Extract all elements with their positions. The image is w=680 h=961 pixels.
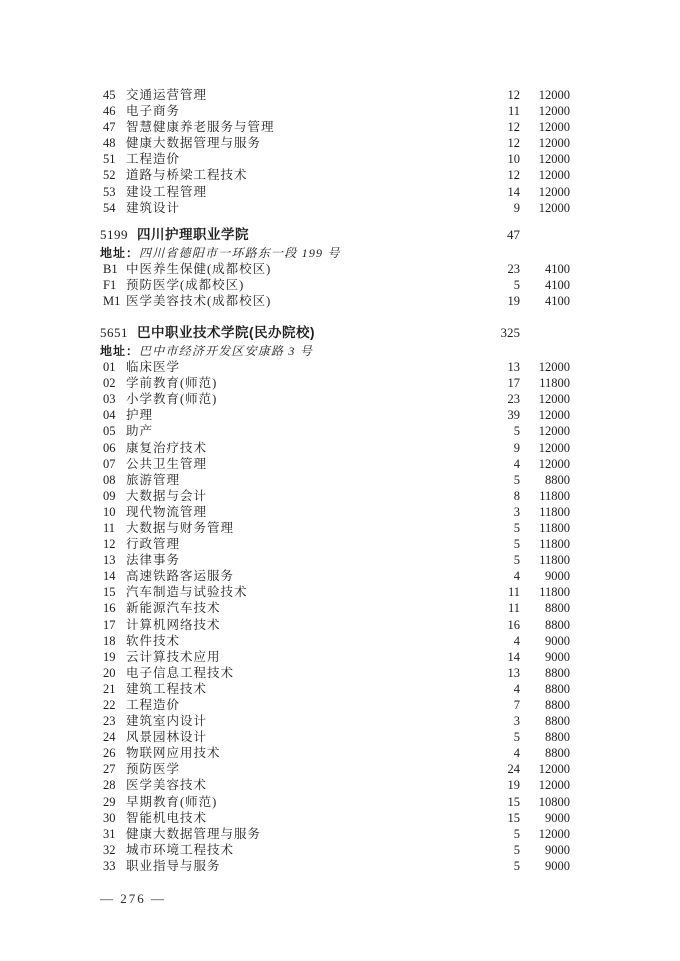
tuition-fee: 8800 [520,697,570,713]
plan-count: 15 [480,794,520,810]
tuition-fee: 12000 [520,135,570,151]
tuition-fee: 11800 [520,584,570,600]
tuition-fee: 11800 [520,520,570,536]
tuition-fee: 12000 [520,407,570,423]
major-code: 14 [100,568,120,584]
plan-count: 11 [480,584,520,600]
plan-count: 12 [480,135,520,151]
tuition-fee: 12000 [520,103,570,119]
major-code: 12 [100,536,120,552]
major-name: 大数据与财务管理 [126,520,480,536]
major-code: 47 [100,119,120,135]
fee-column-spacer [520,323,570,343]
tuition-fee: 9000 [520,842,570,858]
major-name: 高速铁路客运服务 [126,568,480,584]
tuition-fee: 11800 [520,552,570,568]
tuition-fee: 9000 [520,858,570,874]
plan-count: 7 [480,697,520,713]
plan-count: 12 [480,167,520,183]
major-row: 32城市环境工程技术59000 [100,842,570,858]
plan-count: 9 [480,200,520,216]
major-row: 29早期教育(师范)1510800 [100,794,570,810]
major-name: 汽车制造与试验技术 [126,584,480,600]
major-name: 康复治疗技术 [126,440,480,456]
major-row: 45交通运营管理1212000 [100,87,570,103]
plan-count: 23 [480,391,520,407]
tuition-fee: 12000 [520,761,570,777]
major-row: 53建设工程管理1412000 [100,184,570,200]
major-code: 32 [100,842,120,858]
plan-count: 5 [480,277,520,293]
major-name: 大数据与会计 [126,488,480,504]
major-code: 06 [100,440,120,456]
major-row: M1医学美容技术(成都校区)194100 [100,293,570,309]
tuition-fee: 11800 [520,504,570,520]
plan-count: 4 [480,745,520,761]
major-name: 旅游管理 [126,472,480,488]
major-row: 47智慧健康养老服务与管理1212000 [100,119,570,135]
institution-address: 地址：巴中市经济开发区安康路 3 号 [100,343,570,360]
major-name: 健康大数据管理与服务 [126,826,480,842]
major-name: 软件技术 [126,633,480,649]
major-code: 30 [100,810,120,826]
major-name: 智能机电技术 [126,810,480,826]
major-row: 19云计算技术应用149000 [100,649,570,665]
tuition-fee: 12000 [520,423,570,439]
major-code: 31 [100,826,120,842]
plan-count: 19 [480,293,520,309]
tuition-fee: 12000 [520,391,570,407]
tuition-fee: 9000 [520,633,570,649]
major-code: 51 [100,151,120,167]
major-row: 22工程造价78800 [100,697,570,713]
tuition-fee: 4100 [520,261,570,277]
major-row: 14高速铁路客运服务49000 [100,568,570,584]
institution-section: 5199四川护理职业学院47地址：四川省德阳市一环路东一段 199 号B1中医养… [100,225,570,310]
tuition-fee: 12000 [520,456,570,472]
major-row: 16新能源汽车技术118800 [100,600,570,616]
tuition-fee: 10800 [520,794,570,810]
major-row: 05助产512000 [100,423,570,439]
major-code: 09 [100,488,120,504]
major-code: 11 [100,520,120,536]
major-name: 建筑室内设计 [126,713,480,729]
institution-header: 5199四川护理职业学院47 [100,225,570,245]
plan-count: 8 [480,488,520,504]
major-code: 22 [100,697,120,713]
major-row: 26物联网应用技术48800 [100,745,570,761]
institution-name: 巴中职业技术学院(民办院校) [137,323,480,343]
major-row: 21建筑工程技术48800 [100,681,570,697]
tuition-fee: 12000 [520,119,570,135]
major-name: 电子信息工程技术 [126,665,480,681]
plan-count: 24 [480,761,520,777]
major-code: 23 [100,713,120,729]
major-name: 工程造价 [126,151,480,167]
address-text: 四川省德阳市一环路东一段 199 号 [139,245,341,262]
plan-count: 13 [480,359,520,375]
plan-count: 11 [480,103,520,119]
tuition-fee: 8800 [520,729,570,745]
plan-count: 12 [480,87,520,103]
major-code: M1 [100,293,120,309]
major-code: 02 [100,375,120,391]
major-name: 云计算技术应用 [126,649,480,665]
tuition-fee: 4100 [520,293,570,309]
tuition-fee: 11800 [520,375,570,391]
major-row: 51工程造价1012000 [100,151,570,167]
major-row: 02学前教育(师范)1711800 [100,375,570,391]
address-label: 地址： [100,343,139,360]
major-name: 计算机网络技术 [126,617,480,633]
major-name: 物联网应用技术 [126,745,480,761]
tuition-fee: 12000 [520,826,570,842]
major-name: 早期教育(师范) [126,794,480,810]
plan-count: 14 [480,649,520,665]
major-code: 21 [100,681,120,697]
plan-count: 9 [480,440,520,456]
major-row: 30智能机电技术159000 [100,810,570,826]
document-content: 45交通运营管理121200046电子商务111200047智慧健康养老服务与管… [100,87,570,874]
major-code: 24 [100,729,120,745]
tuition-fee: 12000 [520,359,570,375]
major-code: 03 [100,391,120,407]
plan-count: 5 [480,552,520,568]
major-name: 行政管理 [126,536,480,552]
major-name: 城市环境工程技术 [126,842,480,858]
plan-count: 5 [480,536,520,552]
major-row: 52道路与桥梁工程技术1212000 [100,167,570,183]
major-code: 01 [100,359,120,375]
major-name: 临床医学 [126,359,480,375]
major-code: 46 [100,103,120,119]
tuition-fee: 9000 [520,810,570,826]
major-row: 17计算机网络技术168800 [100,617,570,633]
tuition-fee: 12000 [520,200,570,216]
institution-plan-total: 325 [480,323,520,343]
plan-count: 4 [480,633,520,649]
major-row: 31健康大数据管理与服务512000 [100,826,570,842]
major-row: 33职业指导与服务59000 [100,858,570,874]
major-code: 53 [100,184,120,200]
major-name: 风景园林设计 [126,729,480,745]
institution-code: 5199 [100,225,128,245]
major-row: 08旅游管理58800 [100,472,570,488]
tuition-fee: 4100 [520,277,570,293]
major-code: 28 [100,777,120,793]
plan-count: 5 [480,520,520,536]
majors-section: 45交通运营管理121200046电子商务111200047智慧健康养老服务与管… [100,87,570,216]
major-row: 27预防医学2412000 [100,761,570,777]
major-name: 中医养生保健(成都校区) [126,261,480,277]
tuition-fee: 8800 [520,745,570,761]
major-name: 医学美容技术 [126,777,480,793]
major-row: 18软件技术49000 [100,633,570,649]
major-code: F1 [100,277,120,293]
plan-count: 5 [480,826,520,842]
major-code: 05 [100,423,120,439]
plan-count: 3 [480,713,520,729]
major-name: 学前教育(师范) [126,375,480,391]
tuition-fee: 8800 [520,681,570,697]
major-row: 06康复治疗技术912000 [100,440,570,456]
plan-count: 4 [480,568,520,584]
plan-count: 11 [480,600,520,616]
plan-count: 15 [480,810,520,826]
major-code: 13 [100,552,120,568]
major-name: 公共卫生管理 [126,456,480,472]
major-name: 工程造价 [126,697,480,713]
major-name: 道路与桥梁工程技术 [126,167,480,183]
tuition-fee: 8800 [520,665,570,681]
institution-plan-total: 47 [480,225,520,245]
major-row: 15汽车制造与试验技术1111800 [100,584,570,600]
institution-name: 四川护理职业学院 [137,225,480,245]
plan-count: 5 [480,842,520,858]
major-name: 法律事务 [126,552,480,568]
major-code: 15 [100,584,120,600]
major-row: 03小学教育(师范)2312000 [100,391,570,407]
major-name: 新能源汽车技术 [126,600,480,616]
major-row: 10现代物流管理311800 [100,504,570,520]
tuition-fee: 12000 [520,440,570,456]
address-label: 地址： [100,245,139,262]
major-row: 09大数据与会计811800 [100,488,570,504]
major-row: F1预防医学(成都校区)54100 [100,277,570,293]
institution-address: 地址：四川省德阳市一环路东一段 199 号 [100,245,570,262]
major-code: 20 [100,665,120,681]
plan-count: 4 [480,456,520,472]
plan-count: 5 [480,858,520,874]
major-code: 33 [100,858,120,874]
tuition-fee: 8800 [520,600,570,616]
major-row: 24风景园林设计58800 [100,729,570,745]
tuition-fee: 8800 [520,713,570,729]
major-code: 07 [100,456,120,472]
major-name: 建设工程管理 [126,184,480,200]
plan-count: 13 [480,665,520,681]
plan-count: 16 [480,617,520,633]
major-name: 预防医学(成都校区) [126,277,480,293]
major-code: 10 [100,504,120,520]
tuition-fee: 12000 [520,87,570,103]
major-code: 27 [100,761,120,777]
plan-count: 19 [480,777,520,793]
plan-count: 5 [480,729,520,745]
institution-header: 5651巴中职业技术学院(民办院校)325 [100,323,570,343]
major-name: 预防医学 [126,761,480,777]
major-code: 17 [100,617,120,633]
plan-count: 4 [480,681,520,697]
major-code: 04 [100,407,120,423]
tuition-fee: 11800 [520,536,570,552]
major-row: 07公共卫生管理412000 [100,456,570,472]
tuition-fee: 12000 [520,184,570,200]
major-row: 23建筑室内设计38800 [100,713,570,729]
plan-count: 3 [480,504,520,520]
major-row: 11大数据与财务管理511800 [100,520,570,536]
tuition-fee: 8800 [520,472,570,488]
tuition-fee: 9000 [520,568,570,584]
major-row: 28医学美容技术1912000 [100,777,570,793]
major-code: 52 [100,167,120,183]
major-code: 16 [100,600,120,616]
plan-count: 5 [480,423,520,439]
institution-section: 5651巴中职业技术学院(民办院校)325地址：巴中市经济开发区安康路 3 号0… [100,323,570,875]
major-name: 健康大数据管理与服务 [126,135,480,151]
major-row: 46电子商务1112000 [100,103,570,119]
major-name: 职业指导与服务 [126,858,480,874]
plan-count: 39 [480,407,520,423]
tuition-fee: 8800 [520,617,570,633]
plan-count: 5 [480,472,520,488]
major-name: 交通运营管理 [126,87,480,103]
tuition-fee: 11800 [520,488,570,504]
major-name: 电子商务 [126,103,480,119]
major-name: 建筑工程技术 [126,681,480,697]
major-name: 建筑设计 [126,200,480,216]
plan-count: 23 [480,261,520,277]
major-code: 08 [100,472,120,488]
address-text: 巴中市经济开发区安康路 3 号 [139,343,313,360]
major-code: 45 [100,87,120,103]
major-name: 现代物流管理 [126,504,480,520]
tuition-fee: 12000 [520,151,570,167]
major-name: 智慧健康养老服务与管理 [126,119,480,135]
tuition-fee: 12000 [520,777,570,793]
major-code: B1 [100,261,120,277]
major-code: 29 [100,794,120,810]
major-row: 01临床医学1312000 [100,359,570,375]
major-row: 13法律事务511800 [100,552,570,568]
major-name: 助产 [126,423,480,439]
plan-count: 12 [480,119,520,135]
major-row: 48健康大数据管理与服务1212000 [100,135,570,151]
document-page: 45交通运营管理121200046电子商务111200047智慧健康养老服务与管… [0,0,680,961]
plan-count: 17 [480,375,520,391]
major-code: 19 [100,649,120,665]
major-row: 12行政管理511800 [100,536,570,552]
major-row: 20电子信息工程技术138800 [100,665,570,681]
page-number: — 276 — [100,891,166,907]
major-code: 54 [100,200,120,216]
major-name: 小学教育(师范) [126,391,480,407]
major-row: 54建筑设计912000 [100,200,570,216]
major-name: 护理 [126,407,480,423]
major-code: 26 [100,745,120,761]
plan-count: 14 [480,184,520,200]
major-name: 医学美容技术(成都校区) [126,293,480,309]
institution-code: 5651 [100,323,128,343]
tuition-fee: 9000 [520,649,570,665]
plan-count: 10 [480,151,520,167]
major-code: 48 [100,135,120,151]
major-row: 04护理3912000 [100,407,570,423]
fee-column-spacer [520,225,570,245]
major-code: 18 [100,633,120,649]
tuition-fee: 12000 [520,167,570,183]
major-row: B1中医养生保健(成都校区)234100 [100,261,570,277]
